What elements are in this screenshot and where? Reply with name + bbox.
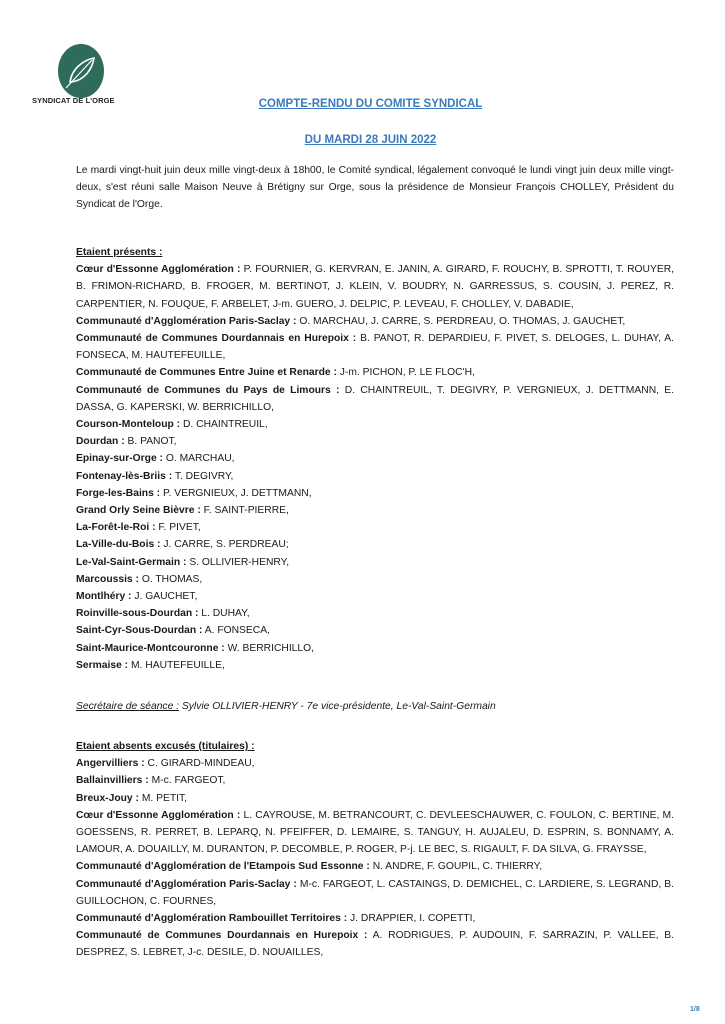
document-date: DU MARDI 28 JUIN 2022 <box>8 134 725 146</box>
member-names: O. THOMAS, <box>142 574 202 585</box>
leaf-icon <box>58 44 104 98</box>
organization-name: La-Ville-du-Bois : <box>76 539 160 550</box>
member-names: W. BERRICHILLO, <box>228 643 314 654</box>
organization-name: Sermaise : <box>76 660 128 671</box>
organization-name: Le-Val-Saint-Germain : <box>76 557 186 568</box>
member-names: O. MARCHAU, J. CARRE, S. PERDREAU, O. TH… <box>299 316 625 327</box>
attendee-entry: Breux-Jouy : M. PETIT, <box>76 790 674 807</box>
member-names: J. DRAPPIER, I. COPETTI, <box>350 913 475 924</box>
present-heading: Etaient présents : <box>76 244 674 261</box>
organization-name: Dourdan : <box>76 436 125 447</box>
organization-name: Communauté de Communes Entre Juine et Re… <box>76 367 337 378</box>
present-list: Cœur d'Essonne Agglomération : P. FOURNI… <box>76 261 674 674</box>
attendee-entry: La-Forêt-le-Roi : F. PIVET, <box>76 519 674 536</box>
member-names: N. ANDRE, F. GOUPIL, C. THIERRY, <box>373 861 542 872</box>
member-names: B. PANOT, <box>128 436 177 447</box>
member-names: P. VERGNIEUX, J. DETTMANN, <box>163 488 312 499</box>
organization-name: Ballainvilliers : <box>76 775 149 786</box>
attendee-entry: Communauté d'Agglomération Paris-Saclay … <box>76 876 674 910</box>
attendee-entry: Communauté de Communes Dourdannais en Hu… <box>76 330 674 364</box>
organization-name: Grand Orly Seine Bièvre : <box>76 505 201 516</box>
organization-name: Breux-Jouy : <box>76 793 139 804</box>
member-names: M. HAUTEFEUILLE, <box>131 660 225 671</box>
attendee-entry: Epinay-sur-Orge : O. MARCHAU, <box>76 450 674 467</box>
attendee-entry: Le-Val-Saint-Germain : S. OLLIVIER-HENRY… <box>76 554 674 571</box>
attendee-entry: Sermaise : M. HAUTEFEUILLE, <box>76 657 674 674</box>
organization-name: Fontenay-lès-Briis : <box>76 471 172 482</box>
member-names: S. OLLIVIER-HENRY, <box>189 557 289 568</box>
intro-paragraph: Le mardi vingt-huit juin deux mille ving… <box>76 162 674 214</box>
member-names: F. SAINT-PIERRE, <box>204 505 289 516</box>
organization-name: Communauté de Communes du Pays de Limour… <box>76 385 339 396</box>
organization-name: Communauté d'Agglomération Paris-Saclay … <box>76 316 296 327</box>
attendee-entry: Saint-Maurice-Montcouronne : W. BERRICHI… <box>76 640 674 657</box>
attendee-entry: Communauté de Communes Dourdannais en Hu… <box>76 927 674 961</box>
member-names: M. PETIT, <box>142 793 187 804</box>
present-section: Etaient présents : Cœur d'Essonne Agglom… <box>76 244 674 674</box>
organization-name: Forge-les-Bains : <box>76 488 160 499</box>
organization-name: Angervilliers : <box>76 758 145 769</box>
attendee-entry: Grand Orly Seine Bièvre : F. SAINT-PIERR… <box>76 502 674 519</box>
member-names: D. CHAINTREUIL, <box>183 419 268 430</box>
organization-name: Communauté de Communes Dourdannais en Hu… <box>76 930 367 941</box>
organization-name: Courson-Monteloup : <box>76 419 180 430</box>
page-number: 1/8 <box>690 1006 700 1013</box>
logo <box>58 44 108 100</box>
organization-name: Communauté d'Agglomération Rambouillet T… <box>76 913 347 924</box>
organization-name: Marcoussis : <box>76 574 139 585</box>
secretary-value: Sylvie OLLIVIER-HENRY - 7e vice-présiden… <box>182 701 496 712</box>
attendee-entry: Roinville-sous-Dourdan : L. DUHAY, <box>76 605 674 622</box>
secretary-label: Secrétaire de séance : <box>76 701 179 712</box>
organization-name: La-Forêt-le-Roi : <box>76 522 156 533</box>
member-names: A. FONSECA, <box>205 625 270 636</box>
attendee-entry: Angervilliers : C. GIRARD-MINDEAU, <box>76 755 674 772</box>
attendee-entry: Fontenay-lès-Briis : T. DEGIVRY, <box>76 468 674 485</box>
member-names: O. MARCHAU, <box>166 453 235 464</box>
attendee-entry: Montlhéry : J. GAUCHET, <box>76 588 674 605</box>
organization-name: Cœur d'Essonne Agglomération : <box>76 264 240 275</box>
organization-name: Saint-Cyr-Sous-Dourdan : <box>76 625 202 636</box>
attendee-entry: Marcoussis : O. THOMAS, <box>76 571 674 588</box>
attendee-entry: Dourdan : B. PANOT, <box>76 433 674 450</box>
attendee-entry: Communauté d'Agglomération Paris-Saclay … <box>76 313 674 330</box>
member-names: J. GAUCHET, <box>134 591 197 602</box>
attendee-entry: Ballainvilliers : M-c. FARGEOT, <box>76 772 674 789</box>
organization-name: Saint-Maurice-Montcouronne : <box>76 643 225 654</box>
organization-name: Epinay-sur-Orge : <box>76 453 163 464</box>
attendee-entry: Cœur d'Essonne Agglomération : L. CAYROU… <box>76 807 674 859</box>
organization-name: Cœur d'Essonne Agglomération : <box>76 810 240 821</box>
organization-name: Communauté d'Agglomération Paris-Saclay … <box>76 879 297 890</box>
member-names: M-c. FARGEOT, <box>152 775 226 786</box>
attendee-entry: Saint-Cyr-Sous-Dourdan : A. FONSECA, <box>76 622 674 639</box>
attendee-entry: Communauté d'Agglomération de l'Etampois… <box>76 858 674 875</box>
attendee-entry: Communauté d'Agglomération Rambouillet T… <box>76 910 674 927</box>
attendee-entry: Courson-Monteloup : D. CHAINTREUIL, <box>76 416 674 433</box>
absent-list: Angervilliers : C. GIRARD-MINDEAU,Ballai… <box>76 755 674 961</box>
member-names: J. CARRE, S. PERDREAU; <box>163 539 288 550</box>
absent-heading: Etaient absents excusés (titulaires) : <box>76 738 674 755</box>
member-names: J-m. PICHON, P. LE FLOC'H, <box>340 367 475 378</box>
attendee-entry: Cœur d'Essonne Agglomération : P. FOURNI… <box>76 261 674 313</box>
document-title: COMPTE-RENDU DU COMITE SYNDICAL <box>8 98 725 110</box>
member-names: T. DEGIVRY, <box>175 471 234 482</box>
attendee-entry: Communauté de Communes du Pays de Limour… <box>76 382 674 416</box>
member-names: F. PIVET, <box>158 522 200 533</box>
organization-name: Roinville-sous-Dourdan : <box>76 608 198 619</box>
organization-name: Communauté de Communes Dourdannais en Hu… <box>76 333 356 344</box>
member-names: L. DUHAY, <box>201 608 249 619</box>
member-names: C. GIRARD-MINDEAU, <box>148 758 255 769</box>
attendee-entry: La-Ville-du-Bois : J. CARRE, S. PERDREAU… <box>76 536 674 553</box>
organization-name: Communauté d'Agglomération de l'Etampois… <box>76 861 370 872</box>
attendee-entry: Communauté de Communes Entre Juine et Re… <box>76 364 674 381</box>
attendee-entry: Forge-les-Bains : P. VERGNIEUX, J. DETTM… <box>76 485 674 502</box>
organization-name: Montlhéry : <box>76 591 132 602</box>
secretary-line: Secrétaire de séance : Sylvie OLLIVIER-H… <box>76 698 674 715</box>
absent-section: Etaient absents excusés (titulaires) : A… <box>76 738 674 962</box>
